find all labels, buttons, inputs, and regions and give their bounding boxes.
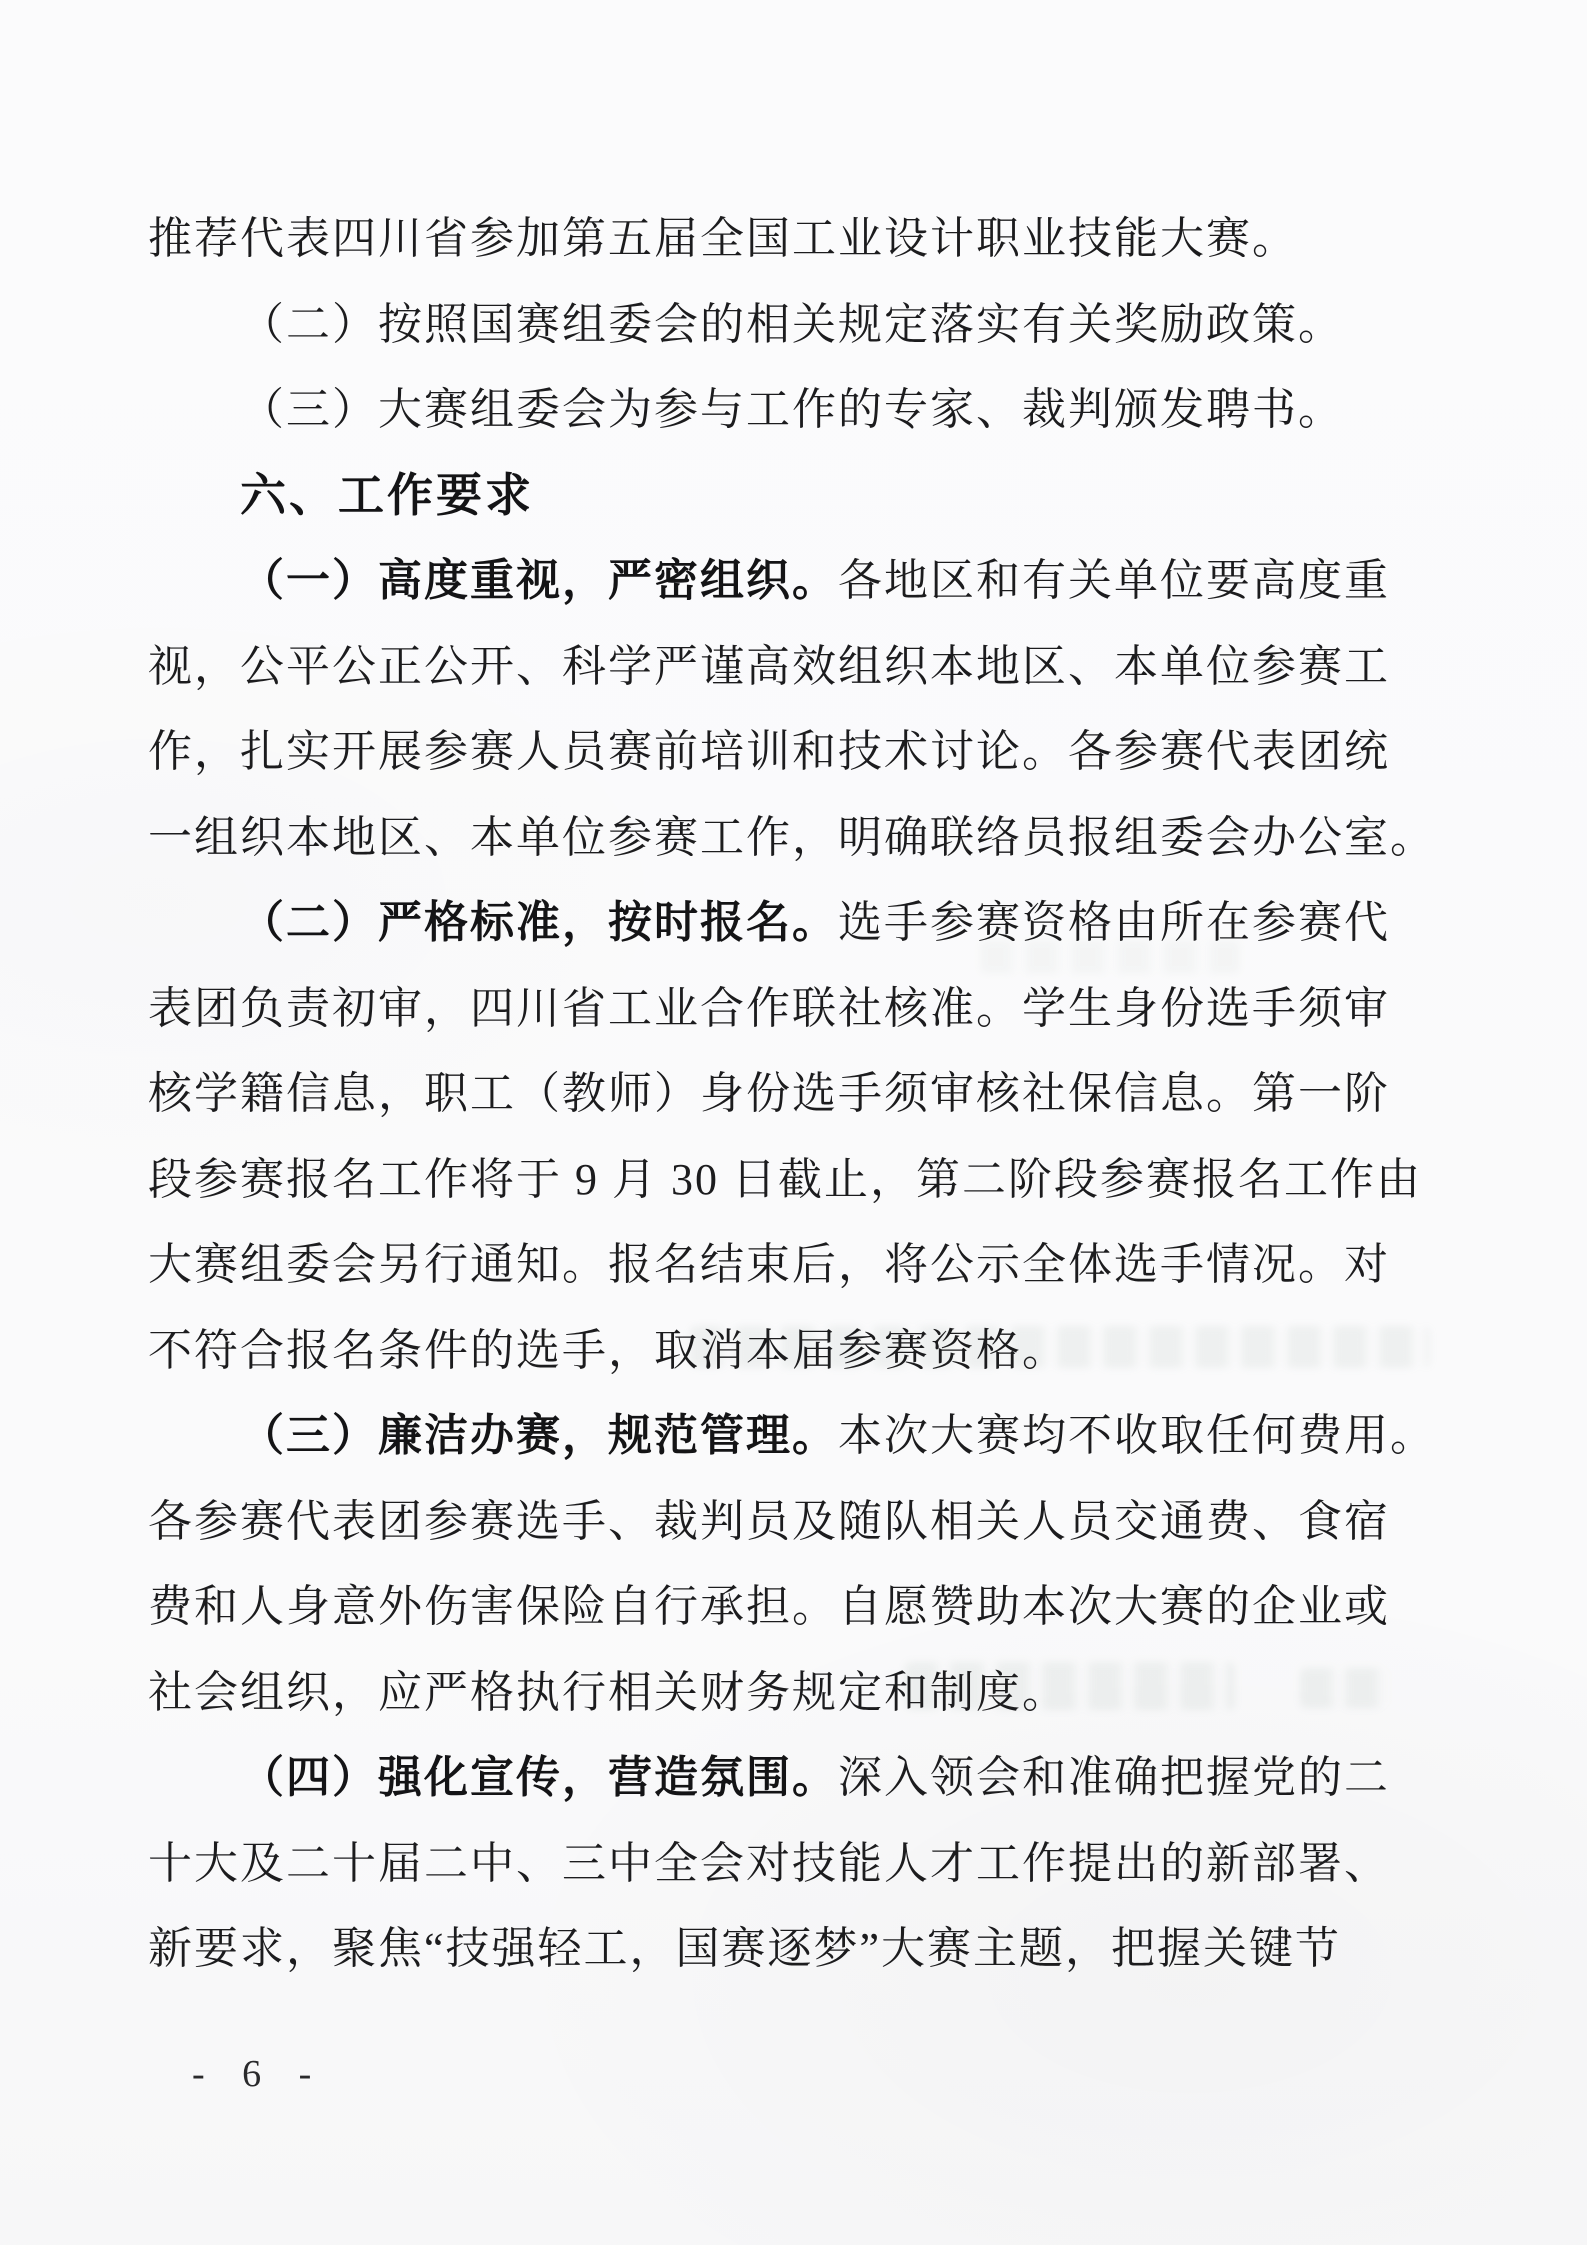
document-line: （四）强化宣传，营造氛围。深入领会和准确把握党的二 — [148, 1735, 1448, 1821]
document-page: 推荐代表四川省参加第五届全国工业设计职业技能大赛。 （二）按照国赛组委会的相关规… — [0, 0, 1587, 2245]
document-line: 表团负责初审，四川省工业合作联社核准。学生身份选手须审 — [148, 966, 1448, 1052]
line-text: 深入领会和准确把握党的二 — [838, 1753, 1390, 1802]
line-text: 段参赛报名工作将于 9 月 30 日截止，第二阶段参赛报名工作由 — [148, 1155, 1422, 1204]
document-line: 新要求，聚焦“技强轻工，国赛逐梦”大赛主题，把握关键节 — [148, 1906, 1448, 1992]
document-line: （三）大赛组委会为参与工作的专家、裁判颁发聘书。 — [148, 367, 1448, 453]
line-text: 核学籍信息，职工（教师）身份选手须审核社保信息。第一阶 — [148, 1069, 1390, 1118]
line-text: 十大及二十届二中、三中全会对技能人才工作提出的新部署、 — [148, 1839, 1390, 1888]
document-line: 十大及二十届二中、三中全会对技能人才工作提出的新部署、 — [148, 1821, 1448, 1907]
document-line: 各参赛代表团参赛选手、裁判员及随队相关人员交通费、食宿 — [148, 1479, 1448, 1565]
document-line: 核学籍信息，职工（教师）身份选手须审核社保信息。第一阶 — [148, 1051, 1448, 1137]
paragraph-lead: （二）严格标准，按时报名。 — [240, 898, 838, 947]
line-text: 新要求，聚焦“技强轻工，国赛逐梦”大赛主题，把握关键节 — [148, 1924, 1341, 1973]
line-text: 推荐代表四川省参加第五届全国工业设计职业技能大赛。 — [148, 214, 1298, 263]
document-line: 社会组织，应严格执行相关财务规定和制度。 — [148, 1650, 1448, 1736]
document-line: （三）廉洁办赛，规范管理。本次大赛均不收取任何费用。 — [148, 1393, 1448, 1479]
document-line: 费和人身意外伤害保险自行承担。自愿赞助本次大赛的企业或 — [148, 1564, 1448, 1650]
line-text: （三）大赛组委会为参与工作的专家、裁判颁发聘书。 — [240, 385, 1344, 434]
line-text: 本次大赛均不收取任何费用。 — [838, 1411, 1436, 1460]
line-text: 选手参赛资格由所在参赛代 — [838, 898, 1390, 947]
line-text: 作，扎实开展参赛人员赛前培训和技术讨论。各参赛代表团统 — [148, 727, 1390, 776]
line-text: 视，公平公正公开、科学严谨高效组织本地区、本单位参赛工 — [148, 642, 1390, 691]
line-text: 各参赛代表团参赛选手、裁判员及随队相关人员交通费、食宿 — [148, 1497, 1390, 1546]
page-number: - 6 - — [192, 2052, 325, 2096]
document-line: 大赛组委会另行通知。报名结束后，将公示全体选手情况。对 — [148, 1222, 1448, 1308]
line-text: （二）按照国赛组委会的相关规定落实有关奖励政策。 — [240, 300, 1344, 349]
document-line: 视，公平公正公开、科学严谨高效组织本地区、本单位参赛工 — [148, 624, 1448, 710]
document-line: 六、工作要求 — [148, 453, 1448, 539]
document-line: （二）严格标准，按时报名。选手参赛资格由所在参赛代 — [148, 880, 1448, 966]
document-line: （二）按照国赛组委会的相关规定落实有关奖励政策。 — [148, 282, 1448, 368]
line-text: 大赛组委会另行通知。报名结束后，将公示全体选手情况。对 — [148, 1240, 1390, 1289]
line-text: 费和人身意外伤害保险自行承担。自愿赞助本次大赛的企业或 — [148, 1582, 1390, 1631]
paragraph-lead: （四）强化宣传，营造氛围。 — [240, 1753, 838, 1802]
document-body: 推荐代表四川省参加第五届全国工业设计职业技能大赛。 （二）按照国赛组委会的相关规… — [148, 196, 1448, 1992]
line-text: 各地区和有关单位要高度重 — [838, 556, 1390, 605]
line-text: 一组织本地区、本单位参赛工作，明确联络员报组委会办公室。 — [148, 813, 1436, 862]
line-text: 不符合报名条件的选手，取消本届参赛资格。 — [148, 1326, 1068, 1375]
line-text: 社会组织，应严格执行相关财务规定和制度。 — [148, 1668, 1068, 1717]
paragraph-lead: （三）廉洁办赛，规范管理。 — [240, 1411, 838, 1460]
document-line: 不符合报名条件的选手，取消本届参赛资格。 — [148, 1308, 1448, 1394]
document-line: 作，扎实开展参赛人员赛前培训和技术讨论。各参赛代表团统 — [148, 709, 1448, 795]
section-heading: 六、工作要求 — [240, 469, 534, 521]
document-line: 推荐代表四川省参加第五届全国工业设计职业技能大赛。 — [148, 196, 1448, 282]
paragraph-lead: （一）高度重视，严密组织。 — [240, 556, 838, 605]
document-line: 一组织本地区、本单位参赛工作，明确联络员报组委会办公室。 — [148, 795, 1448, 881]
document-line: 段参赛报名工作将于 9 月 30 日截止，第二阶段参赛报名工作由 — [148, 1137, 1448, 1223]
line-text: 表团负责初审，四川省工业合作联社核准。学生身份选手须审 — [148, 984, 1390, 1033]
document-line: （一）高度重视，严密组织。各地区和有关单位要高度重 — [148, 538, 1448, 624]
